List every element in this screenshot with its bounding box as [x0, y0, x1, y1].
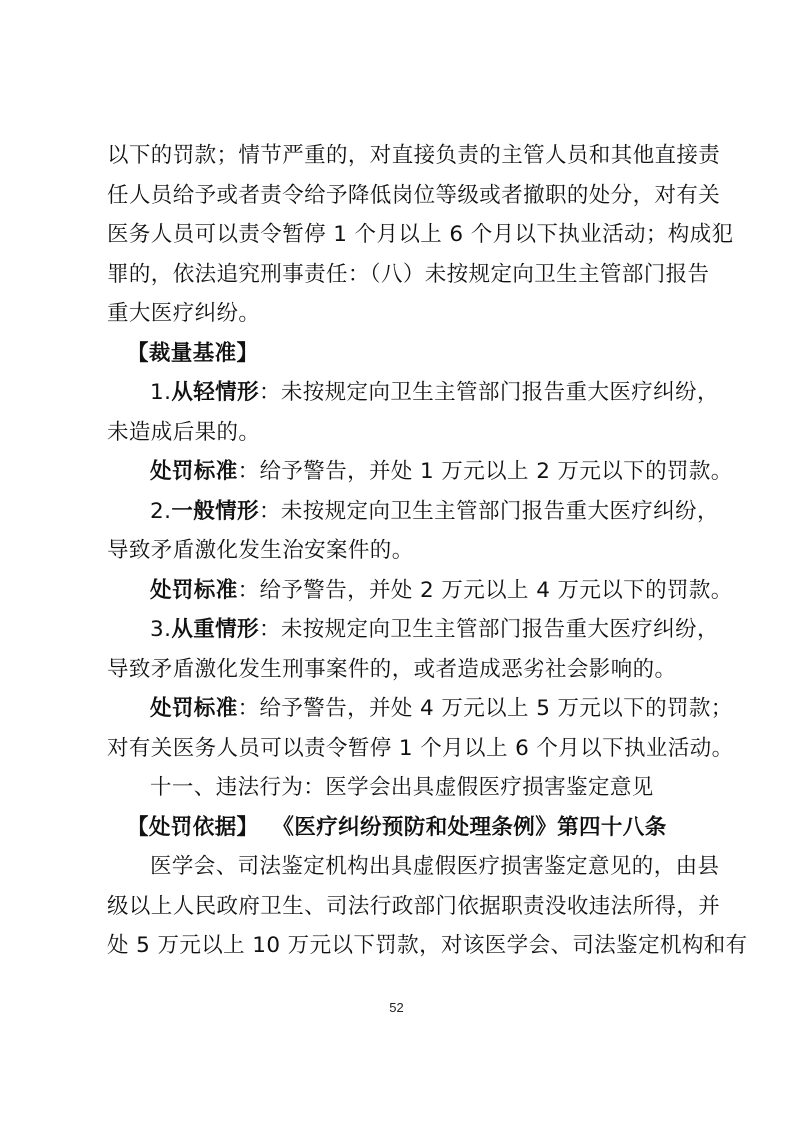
penalty-label: 处罚标准 [150, 459, 238, 484]
body-line: 罪的，依法追究刑事责任：（八）未按规定向卫生主管部门报告 [107, 255, 693, 295]
penalty-text: ：给予警告，并处 4 万元以上 5 万元以下的罚款； [238, 696, 733, 721]
page-number: 52 [0, 1000, 793, 1015]
penalty-text: ：给予警告，并处 2 万元以上 4 万元以下的罚款。 [238, 578, 733, 603]
section-heading: 【裁量基准】 [107, 334, 693, 374]
penalty-label: 处罚标准 [150, 578, 238, 603]
item-label: 从轻情形 [171, 380, 259, 405]
item-label: 一般情形 [171, 499, 259, 524]
item-number: 2. [150, 499, 171, 524]
document-page: 以下的罚款；情节严重的，对直接负责的主管人员和其他直接责 任人员给予或者责令给予… [107, 136, 693, 966]
body-line: 医学会、司法鉴定机构出具虚假医疗损害鉴定意见的，由县 [107, 847, 693, 887]
body-line: 任人员给予或者责令给予降低岗位等级或者撤职的处分，对有关 [107, 176, 693, 216]
item-line-cont: 导致矛盾激化发生治安案件的。 [107, 531, 693, 571]
body-line: 重大医疗纠纷。 [107, 294, 693, 334]
basis-text: 《医疗纠纷预防和处理条例》第四十八条 [272, 815, 666, 840]
penalty-line: 处罚标准：给予警告，并处 2 万元以上 4 万元以下的罚款。 [107, 571, 693, 611]
body-line: 处 5 万元以上 10 万元以下罚款，对该医学会、司法鉴定机构和有 [107, 926, 693, 966]
item-number: 1. [150, 380, 171, 405]
item-label: 从重情形 [171, 617, 259, 642]
item-line: 3.从重情形：未按规定向卫生主管部门报告重大医疗纠纷， [107, 610, 693, 650]
item-text: ：未按规定向卫生主管部门报告重大医疗纠纷， [259, 380, 719, 405]
penalty-line-cont: 对有关医务人员可以责令暂停 1 个月以上 6 个月以下执业活动。 [107, 729, 693, 769]
penalty-label: 处罚标准 [150, 696, 238, 721]
body-line: 级以上人民政府卫生、司法行政部门依据职责没收违法所得，并 [107, 887, 693, 927]
item-line: 1.从轻情形：未按规定向卫生主管部门报告重大医疗纠纷， [107, 373, 693, 413]
item-line-cont: 未造成后果的。 [107, 413, 693, 453]
penalty-line: 处罚标准：给予警告，并处 4 万元以上 5 万元以下的罚款； [107, 689, 693, 729]
basis-line: 【处罚依据】《医疗纠纷预防和处理条例》第四十八条 [107, 808, 693, 848]
item-line-cont: 导致矛盾激化发生刑事案件的，或者造成恶劣社会影响的。 [107, 650, 693, 690]
basis-label: 【处罚依据】 [127, 815, 258, 840]
violation-heading: 十一、违法行为：医学会出具虚假医疗损害鉴定意见 [107, 768, 693, 808]
item-text: ：未按规定向卫生主管部门报告重大医疗纠纷， [259, 617, 719, 642]
penalty-text: ：给予警告，并处 1 万元以上 2 万元以下的罚款。 [238, 459, 733, 484]
item-number: 3. [150, 617, 171, 642]
item-text: ：未按规定向卫生主管部门报告重大医疗纠纷， [259, 499, 719, 524]
body-line: 医务人员可以责令暂停 1 个月以上 6 个月以下执业活动；构成犯 [107, 215, 693, 255]
body-line: 以下的罚款；情节严重的，对直接负责的主管人员和其他直接责 [107, 136, 693, 176]
item-line: 2.一般情形：未按规定向卫生主管部门报告重大医疗纠纷， [107, 492, 693, 532]
penalty-line: 处罚标准：给予警告，并处 1 万元以上 2 万元以下的罚款。 [107, 452, 693, 492]
